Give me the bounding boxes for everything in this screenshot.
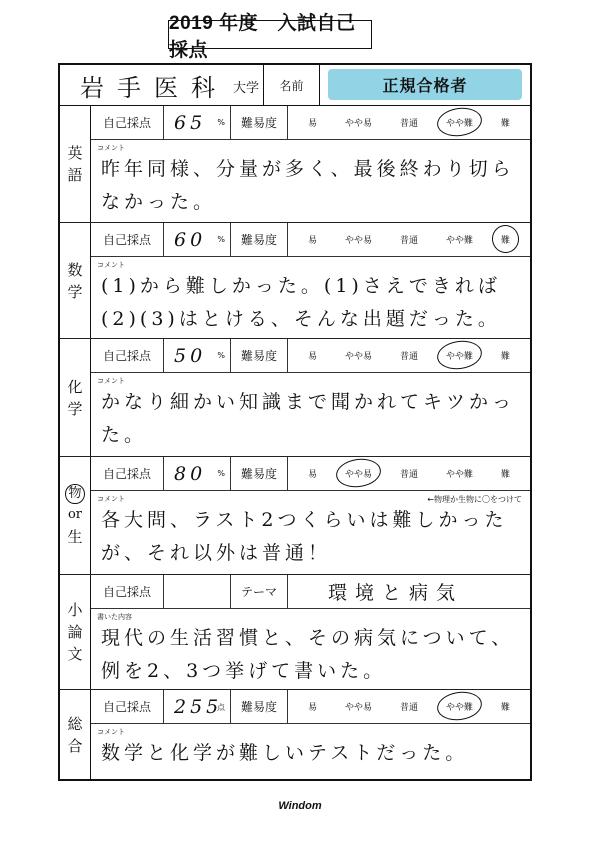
section-overall: 総 合 自己採点 255 点 難易度 易 やや易 普通 やや難 難 コメント 数… <box>60 690 530 779</box>
name-badge: 正規合格者 <box>328 69 522 100</box>
theme-field[interactable]: 環境と病気 <box>288 575 530 608</box>
subject-label: 総 合 <box>60 690 91 779</box>
comment-text: (1)から難しかった。(1)さえできれば(2)(3)はとける、そんな出題だった。 <box>101 270 520 336</box>
university-name: 岩手医科 <box>80 68 228 103</box>
difficulty-option-selected[interactable]: やや難 <box>443 114 476 131</box>
comment-text: 昨年同様、分量が多く、最後終わり切らなかった。 <box>101 153 520 219</box>
difficulty-option[interactable]: やや易 <box>342 698 375 715</box>
difficulty-option[interactable]: 普通 <box>397 114 421 131</box>
subject-char: 合 <box>67 735 82 757</box>
difficulty-option[interactable]: やや易 <box>342 231 375 248</box>
self-score-value: 65 <box>174 112 206 134</box>
difficulty-option[interactable]: 易 <box>305 465 320 482</box>
comment-label: コメント <box>97 376 125 386</box>
self-score-field[interactable] <box>164 575 231 608</box>
name-label: 名前 <box>264 65 320 105</box>
self-score-field[interactable]: 255 点 <box>164 690 231 723</box>
self-score-label: 自己採点 <box>91 339 164 372</box>
score-row: 自己採点 60 % 難易度 易 やや易 普通 やや難 難 <box>91 223 530 257</box>
score-unit: % <box>217 469 225 478</box>
difficulty-option[interactable]: 易 <box>305 231 320 248</box>
self-score-label: 自己採点 <box>91 106 164 139</box>
comment-text: かなり細かい知識まで聞かれてキツかった。 <box>101 386 520 452</box>
difficulty-option[interactable]: やや易 <box>342 347 375 364</box>
score-row: 自己採点 255 点 難易度 易 やや易 普通 やや難 難 <box>91 690 530 724</box>
score-unit: 点 <box>217 702 225 713</box>
subject-choice-circled[interactable]: 物 <box>65 484 84 504</box>
header-row: 岩手医科 大学 名前 正規合格者 <box>60 65 530 106</box>
difficulty-label: 難易度 <box>231 106 288 139</box>
self-score-value: 60 <box>174 229 206 251</box>
subject-char: 論 <box>67 621 82 643</box>
difficulty-option-selected[interactable]: やや難 <box>443 698 476 715</box>
difficulty-option[interactable]: 易 <box>305 114 320 131</box>
difficulty-option[interactable]: 普通 <box>397 347 421 364</box>
subject-label: 小 論 文 <box>60 575 91 689</box>
comment-label: コメント <box>97 494 125 504</box>
difficulty-label: 難易度 <box>231 690 288 723</box>
subject-char: 語 <box>67 164 82 186</box>
subject-label: 物 or 生 <box>60 457 91 574</box>
comment-label: コメント <box>97 727 125 737</box>
self-score-field[interactable]: 60 % <box>164 223 231 256</box>
subject-or: or <box>68 504 82 526</box>
comment-text: 各大問、ラスト2つくらいは難しかったが、それ以外は普通！ <box>101 504 520 570</box>
score-sheet: 岩手医科 大学 名前 正規合格者 英 語 自己採点 65 % 難易度 易 やや易… <box>58 63 532 781</box>
difficulty-option-selected[interactable]: やや易 <box>342 465 375 482</box>
subject-label: 英 語 <box>60 106 91 222</box>
comment-label: コメント <box>97 260 125 270</box>
difficulty-option[interactable]: 普通 <box>397 698 421 715</box>
score-unit: % <box>217 235 225 244</box>
difficulty-option[interactable]: 易 <box>305 347 320 364</box>
score-unit: % <box>217 351 225 360</box>
difficulty-option[interactable]: やや難 <box>443 231 476 248</box>
difficulty-option[interactable]: 難 <box>498 698 513 715</box>
theme-label: テーマ <box>231 575 288 608</box>
difficulty-option[interactable]: 易 <box>305 698 320 715</box>
self-score-label: 自己採点 <box>91 457 164 490</box>
difficulty-option[interactable]: やや難 <box>443 465 476 482</box>
difficulty-option[interactable]: 普通 <box>397 231 421 248</box>
written-content-text: 現代の生活習慣と、その病気について、例を2、3つ挙げて書いた。 <box>101 622 520 688</box>
comment-area[interactable]: コメント 数学と化学が難しいテストだった。 <box>91 724 530 779</box>
subject-char: 英 <box>67 142 82 164</box>
score-row: 自己採点 テーマ 環境と病気 <box>91 575 530 609</box>
self-score-value: 255 <box>174 696 222 718</box>
difficulty-option[interactable]: 普通 <box>397 465 421 482</box>
difficulty-option[interactable]: 難 <box>498 114 513 131</box>
difficulty-label: 難易度 <box>231 457 288 490</box>
difficulty-option[interactable]: やや易 <box>342 114 375 131</box>
subject-char: 数 <box>67 259 82 281</box>
self-score-label: 自己採点 <box>91 223 164 256</box>
difficulty-option[interactable]: 難 <box>498 465 513 482</box>
section-chemistry: 化 学 自己採点 50 % 難易度 易 やや易 普通 やや難 難 コメント かな… <box>60 339 530 457</box>
difficulty-options: 易 やや易 普通 やや難 難 <box>288 339 530 372</box>
self-score-value: 80 <box>174 463 206 485</box>
subject-label: 数 学 <box>60 223 91 338</box>
score-row: 自己採点 50 % 難易度 易 やや易 普通 やや難 難 <box>91 339 530 373</box>
self-score-field[interactable]: 80 % <box>164 457 231 490</box>
difficulty-options: 易 やや易 普通 やや難 難 <box>288 457 530 490</box>
comment-area[interactable]: コメント かなり細かい知識まで聞かれてキツかった。 <box>91 373 530 456</box>
section-math: 数 学 自己採点 60 % 難易度 易 やや易 普通 やや難 難 コメント (1… <box>60 223 530 339</box>
comment-area[interactable]: コメント 昨年同様、分量が多く、最後終わり切らなかった。 <box>91 140 530 222</box>
self-score-label: 自己採点 <box>91 575 164 608</box>
comment-area[interactable]: コメント (1)から難しかった。(1)さえできれば(2)(3)はとける、そんな出… <box>91 257 530 338</box>
self-score-field[interactable]: 50 % <box>164 339 231 372</box>
self-score-label: 自己採点 <box>91 690 164 723</box>
score-row: 自己採点 80 % 難易度 易 やや易 普通 やや難 難 <box>91 457 530 491</box>
subject-char: 学 <box>67 398 82 420</box>
subject-char: 化 <box>67 376 82 398</box>
footer-brand: Windom <box>0 800 600 812</box>
score-unit: % <box>217 118 225 127</box>
subject-char: 文 <box>67 643 82 665</box>
page-title: 2019 年度 入試自己採点 <box>168 20 372 49</box>
self-score-value: 50 <box>174 345 206 367</box>
difficulty-option-selected[interactable]: やや難 <box>443 347 476 364</box>
university-cell: 岩手医科 大学 <box>60 65 264 105</box>
difficulty-label: 難易度 <box>231 339 288 372</box>
subject-choice[interactable]: 生 <box>67 526 82 548</box>
difficulty-option-selected[interactable]: 難 <box>498 231 513 248</box>
university-suffix: 大学 <box>233 77 259 96</box>
subject-label: 化 学 <box>60 339 91 456</box>
difficulty-options: 易 やや易 普通 やや難 難 <box>288 106 530 139</box>
subject-char: 学 <box>67 281 82 303</box>
difficulty-options: 易 やや易 普通 やや難 難 <box>288 690 530 723</box>
section-english: 英 語 自己採点 65 % 難易度 易 やや易 普通 やや難 難 コメント 昨年… <box>60 106 530 223</box>
written-content-area[interactable]: 書いた内容 現代の生活習慣と、その病気について、例を2、3つ挙げて書いた。 <box>91 609 530 689</box>
comment-area[interactable]: コメント ←物理か生物に〇をつけて 各大問、ラスト2つくらいは難しかったが、それ… <box>91 491 530 574</box>
comment-label: コメント <box>97 143 125 153</box>
subject-char: 総 <box>67 713 82 735</box>
subject-char: 小 <box>67 599 82 621</box>
score-row: 自己採点 65 % 難易度 易 やや易 普通 やや難 難 <box>91 106 530 140</box>
self-score-field[interactable]: 65 % <box>164 106 231 139</box>
difficulty-option[interactable]: 難 <box>498 347 513 364</box>
difficulty-options: 易 やや易 普通 やや難 難 <box>288 223 530 256</box>
section-short-essay: 小 論 文 自己採点 テーマ 環境と病気 書いた内容 現代の生活習慣と、その病気… <box>60 575 530 690</box>
difficulty-label: 難易度 <box>231 223 288 256</box>
comment-text: 数学と化学が難しいテストだった。 <box>101 737 520 770</box>
written-content-label: 書いた内容 <box>97 612 132 622</box>
section-physics-or-biology: 物 or 生 自己採点 80 % 難易度 易 やや易 普通 やや難 難 コメント… <box>60 457 530 575</box>
